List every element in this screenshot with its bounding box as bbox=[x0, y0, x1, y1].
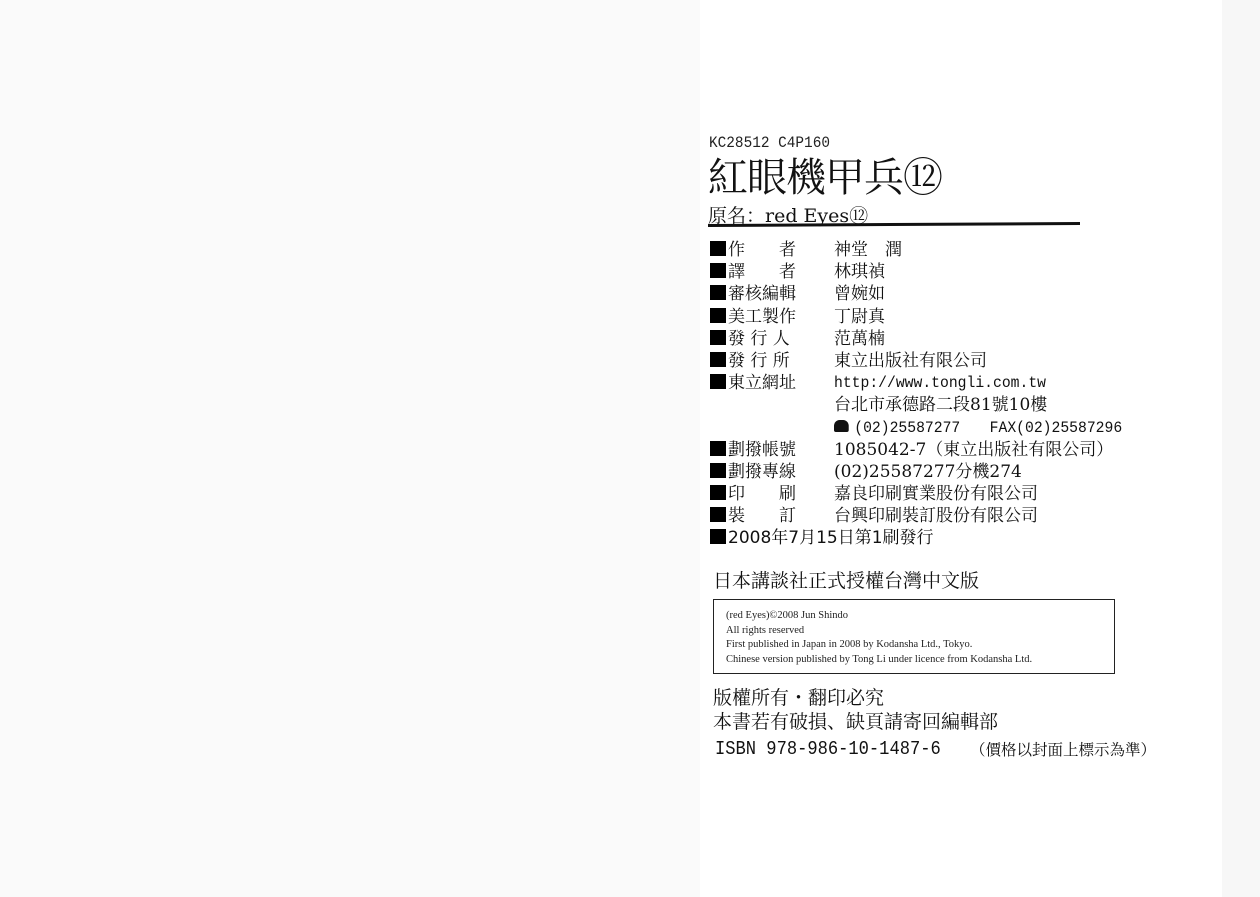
credit-label: 發 行 所 bbox=[728, 350, 830, 372]
square-bullet-icon bbox=[710, 485, 726, 500]
phone-fax: (02)25587277 FAX(02)25587296 bbox=[834, 417, 1122, 439]
copyright-line: All rights reserved bbox=[726, 624, 1114, 639]
isbn: ISBN 978-986-10-1487-6 bbox=[715, 737, 941, 761]
credit-row-postal-line: 劃撥專線 (02)25587277分機274 bbox=[710, 461, 934, 483]
credit-label: 劃撥帳號 bbox=[728, 439, 830, 461]
credit-value: 東立出版社有限公司 bbox=[834, 350, 987, 372]
credit-row-printer: 印 刷 嘉良印刷實業股份有限公司 bbox=[710, 483, 934, 505]
credit-value: 台興印刷裝訂股份有限公司 bbox=[834, 505, 1038, 527]
credit-row-translator: 譯 者 林琪禎 bbox=[710, 261, 934, 283]
square-bullet-icon bbox=[710, 441, 726, 456]
copyright-line: First published in Japan in 2008 by Koda… bbox=[726, 638, 1114, 653]
page-edge bbox=[1222, 0, 1260, 897]
square-bullet-icon bbox=[710, 374, 726, 389]
credit-value: 嘉良印刷實業股份有限公司 bbox=[834, 483, 1038, 505]
copyright-line: Chinese version published by Tong Li und… bbox=[726, 653, 1114, 668]
square-bullet-icon bbox=[710, 352, 726, 367]
square-bullet-icon bbox=[710, 507, 726, 522]
credit-row-binding: 裝 訂 台興印刷裝訂股份有限公司 bbox=[710, 505, 934, 527]
credit-value: 曾婉如 bbox=[834, 283, 885, 305]
price-note: （價格以封面上標示為準） bbox=[970, 740, 1156, 760]
publication-date: 2008年7月15日第1刷發行 bbox=[728, 528, 934, 548]
square-bullet-icon bbox=[710, 285, 726, 300]
product-code: KC28512 C4P160 bbox=[709, 134, 830, 152]
credit-label: 譯 者 bbox=[728, 261, 830, 283]
credit-row-phone: (02)25587277 FAX(02)25587296 bbox=[710, 417, 934, 439]
credit-value: 1085042-7（東立出版社有限公司） bbox=[834, 439, 1113, 461]
publication-date-row: 2008年7月15日第1刷發行 bbox=[710, 527, 934, 549]
credit-row-postal-account: 劃撥帳號 1085042-7（東立出版社有限公司） bbox=[710, 439, 934, 461]
square-bullet-icon bbox=[710, 463, 726, 478]
damage-notice: 本書若有破損、缺頁請寄回編輯部 bbox=[713, 710, 998, 734]
square-bullet-icon bbox=[710, 263, 726, 278]
credit-value: 范萬楠 bbox=[834, 328, 885, 350]
credit-label: 美工製作 bbox=[728, 306, 830, 328]
license-statement: 日本講談社正式授權台灣中文版 bbox=[713, 568, 979, 594]
address: 台北市承德路二段81號10樓 bbox=[834, 394, 1047, 416]
credit-label: 東立網址 bbox=[728, 372, 830, 394]
credit-row-publisher: 發 行 人 范萬楠 bbox=[710, 328, 934, 350]
copyright-line: (red Eyes)©2008 Jun Shindo bbox=[726, 609, 1114, 624]
credit-label: 印 刷 bbox=[728, 483, 830, 505]
credits-list: 作 者 神堂 潤 譯 者 林琪禎 審核編輯 曾婉如 美工製作 丁尉真 發 行 人… bbox=[710, 239, 934, 550]
credit-label: 裝 訂 bbox=[728, 505, 830, 527]
square-bullet-icon bbox=[710, 529, 726, 544]
phone-fax-text: (02)25587277 FAX(02)25587296 bbox=[854, 419, 1122, 437]
credit-label: 作 者 bbox=[728, 239, 830, 261]
credit-row-editor: 審核編輯 曾婉如 bbox=[710, 283, 934, 305]
credit-label: 劃撥專線 bbox=[728, 461, 830, 483]
credit-label: 審核編輯 bbox=[728, 283, 830, 305]
square-bullet-icon bbox=[710, 241, 726, 256]
credit-value: 丁尉真 bbox=[834, 306, 885, 328]
credit-row-address: 台北市承德路二段81號10樓 bbox=[710, 394, 934, 416]
credit-value: (02)25587277分機274 bbox=[834, 461, 1022, 483]
credit-label: 發 行 人 bbox=[728, 328, 830, 350]
rights-reserved: 版權所有・翻印必究 bbox=[713, 686, 884, 710]
credit-value: 林琪禎 bbox=[834, 261, 885, 283]
phone-icon bbox=[834, 420, 849, 432]
square-bullet-icon bbox=[710, 330, 726, 345]
credit-row-art: 美工製作 丁尉真 bbox=[710, 306, 934, 328]
credit-row-author: 作 者 神堂 潤 bbox=[710, 239, 934, 261]
book-title: 紅眼機甲兵⑫ bbox=[708, 152, 942, 204]
credit-value: 神堂 潤 bbox=[834, 239, 902, 261]
website-url: http://www.tongli.com.tw bbox=[834, 372, 1046, 394]
square-bullet-icon bbox=[710, 308, 726, 323]
copyright-box: (red Eyes)©2008 Jun Shindo All rights re… bbox=[713, 599, 1115, 674]
blank-left-page bbox=[0, 0, 700, 897]
credit-row-website: 東立網址 http://www.tongli.com.tw bbox=[710, 372, 934, 394]
credit-row-publishing-house: 發 行 所 東立出版社有限公司 bbox=[710, 350, 934, 372]
